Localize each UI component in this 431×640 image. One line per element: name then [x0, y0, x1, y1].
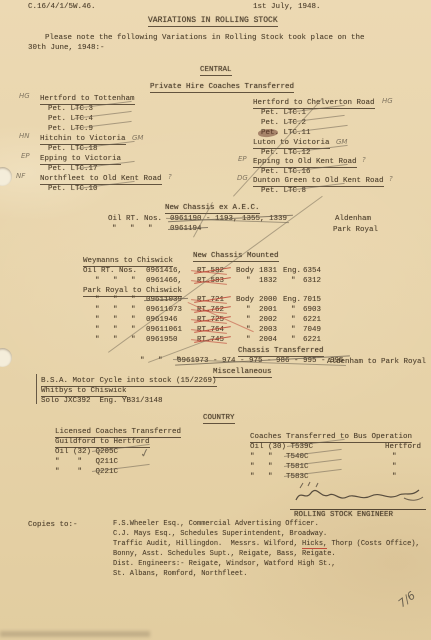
location-ditto: " — [392, 463, 397, 471]
eng-number: 7015 — [303, 296, 321, 304]
route-heading: Epping to Old Kent Road — [253, 158, 357, 168]
coach-item: Pet. LTC.10 — [48, 185, 98, 193]
section-central: CENTRAL — [200, 66, 232, 76]
body-label-ditto: " — [246, 277, 251, 285]
copies-line: C.J. Mays Esq., Schedules Superintendent… — [113, 531, 327, 539]
copies-line-pre: Traffic Audit, Hillingdon. Messrs. Wilfo… — [113, 540, 302, 548]
misc-line-bsa: B.S.A. Motor Cycle into stock (15/2269) — [41, 377, 217, 387]
coach-item: Pet. LTC.3 — [48, 105, 93, 113]
document-date: 1st July, 1948. — [253, 3, 321, 11]
coach-item: Pet. LTC.9 — [48, 125, 93, 133]
intro-line-1: Please note the following Variations in … — [45, 34, 365, 42]
body-label: Body — [236, 296, 254, 304]
body-label-ditto: " — [246, 316, 251, 324]
eng-label-ditto: " — [291, 316, 296, 324]
garage-code-note: EP — [238, 156, 247, 163]
coach-item: Pet. LTC.8 — [261, 187, 306, 195]
copies-label: Copies to:- — [28, 521, 78, 529]
ditto-marks: " " " — [95, 316, 136, 324]
location-aldenham: Aldenham — [335, 215, 371, 223]
pencil-query-mark: ? — [168, 174, 172, 181]
body-number: 2003 — [259, 326, 277, 334]
chassis-transferred-heading: Chassis Transferred — [238, 347, 324, 357]
rt-number-struck: RT.721 — [197, 296, 224, 304]
coach-item: Pet. LTC.17 — [48, 165, 98, 173]
copies-line: St. Albans, Romford, Northfleet. — [113, 571, 247, 579]
eng-number: 6903 — [303, 306, 321, 314]
pencil-check-mark: ✓ — [139, 449, 150, 458]
oil-rt-label: Oil RT. Nos. — [108, 215, 162, 223]
location-ditto: " — [392, 453, 397, 461]
coach-item: Pet. LTC.18 — [48, 145, 98, 153]
garage-code-note: EP — [21, 153, 30, 160]
margin-emphasis-mark — [36, 374, 37, 404]
eng-label-ditto: " — [291, 277, 296, 285]
document-title: VARIATIONS IN ROLLING STOCK — [148, 17, 278, 27]
hicks-red-underlined: Hicks, — [302, 540, 327, 549]
transfer-location: Aldenham to Park Royal — [327, 358, 426, 366]
punch-hole-top — [0, 167, 12, 186]
punch-hole-bottom — [0, 348, 12, 367]
misc-line-solo: Solo JXC392 Eng. YB31/3148 — [41, 397, 163, 405]
pencil-query-mark: ? — [389, 176, 393, 183]
paper-smudge — [0, 631, 150, 637]
coach-row: " " T540C — [250, 453, 309, 461]
ditto-marks: " " " — [95, 306, 136, 314]
corner-pencil-note: 7/6 — [396, 590, 417, 610]
reference-number: C.16/4/1/5W.46. — [28, 3, 96, 11]
route-heading: Luton to Victoria — [253, 139, 330, 149]
new-chassis-heading: New Chassis ex A.E.C. — [165, 204, 260, 214]
handwritten-signature — [292, 480, 427, 508]
eng-number: 6221 — [303, 336, 321, 344]
oil-number: 0961950 — [146, 336, 178, 344]
coach-row: Oil (30) T539C — [250, 443, 313, 451]
eng-label-ditto: " — [291, 336, 296, 344]
body-number: 2001 — [259, 306, 277, 314]
garage-code-note: HN — [19, 133, 30, 140]
transferred-chassis-numbers: 0961973 - 974 - 975 - 986 - 995 - 996 — [177, 357, 344, 365]
miscellaneous-heading: Miscellaneous — [213, 368, 272, 378]
coach-item: Pet. LTC.4 — [48, 115, 93, 123]
intro-line-2: 30th June, 1948:- — [28, 44, 105, 52]
coach-item: Pet. LTC.16 — [261, 168, 311, 176]
route-heading: Northfleet to Old Kent Road — [40, 175, 162, 185]
body-number: 1832 — [259, 277, 277, 285]
row-label: Oil RT. Nos. — [83, 267, 137, 275]
signature-title: ROLLING STOCK ENGINEER — [294, 511, 393, 519]
coach-row: " " Q211C — [55, 458, 118, 466]
coach-item-scribbled: Pet. LTC.11 — [261, 129, 311, 137]
body-number: 2002 — [259, 316, 277, 324]
eng-number: 6312 — [303, 277, 321, 285]
eng-number: 6354 — [303, 267, 321, 275]
copies-line: Bonny, Asst. Schedules Supt., Reigate, B… — [113, 551, 336, 559]
garage-code-note: NF — [16, 173, 25, 180]
pencil-query-mark: ? — [362, 157, 366, 164]
garage-code-note: HG — [19, 93, 30, 100]
copies-line: F.S.Wheeler Esq., Commercial Advertising… — [113, 521, 319, 529]
eng-label: Eng. — [283, 296, 301, 304]
eng-label-ditto: " — [291, 326, 296, 334]
coach-row: " " T581C — [250, 463, 309, 471]
coach-row: " " Q221C — [55, 468, 118, 476]
eng-number: 6221 — [303, 316, 321, 324]
ditto-marks: " " " — [95, 296, 136, 304]
body-number: 2004 — [259, 336, 277, 344]
pencil-side-note: HG — [382, 98, 393, 105]
body-label: Body — [236, 267, 254, 275]
copies-line: Dist. Engineers:- Reigate, Windsor, Watf… — [113, 561, 336, 569]
oil-number: 0961466, — [146, 277, 182, 285]
body-label-ditto: " — [246, 336, 251, 344]
misc-line-whitbys: Whitbys to Chiswick — [41, 387, 127, 397]
location-hertford: Hertford — [385, 443, 421, 451]
weymanns-heading: Weymanns to Chiswick — [83, 257, 173, 267]
section-country: COUNTRY — [203, 414, 235, 424]
eng-number: 7049 — [303, 326, 321, 334]
location-park-royal: Park Royal — [333, 226, 378, 234]
ditto-marks: " " " — [95, 326, 136, 334]
coach-row: Oil (32) Q205C — [55, 448, 118, 456]
licensed-heading: Licensed Coaches Transferred — [55, 428, 181, 438]
coach-item: Pet. LTC.1 — [261, 109, 306, 117]
body-number: 1831 — [259, 267, 277, 275]
body-number: 2000 — [259, 296, 277, 304]
ditto-marks: " " " — [112, 225, 153, 233]
oil-number: 0961416, — [146, 267, 182, 275]
copies-line-post: Thorp (Costs Office), — [327, 540, 419, 548]
chassis-numbers: 0961190 - 1193, 1355, 1339 — [170, 215, 287, 223]
document-page: C.16/4/1/5W.46. 1st July, 1948. VARIATIO… — [0, 0, 431, 640]
oil-number: 09611061 — [146, 326, 182, 334]
signature-rule — [290, 509, 426, 510]
eng-label-ditto: " — [291, 306, 296, 314]
private-hire-heading: Private Hire Coaches Transferred — [150, 83, 294, 93]
eng-label: Eng. — [283, 267, 301, 275]
ditto-marks: " " " — [95, 277, 136, 285]
rt-number-struck: RT.764 — [197, 326, 224, 334]
copies-line: Traffic Audit, Hillingdon. Messrs. Wilfo… — [113, 541, 420, 549]
body-label-ditto: " — [246, 306, 251, 314]
